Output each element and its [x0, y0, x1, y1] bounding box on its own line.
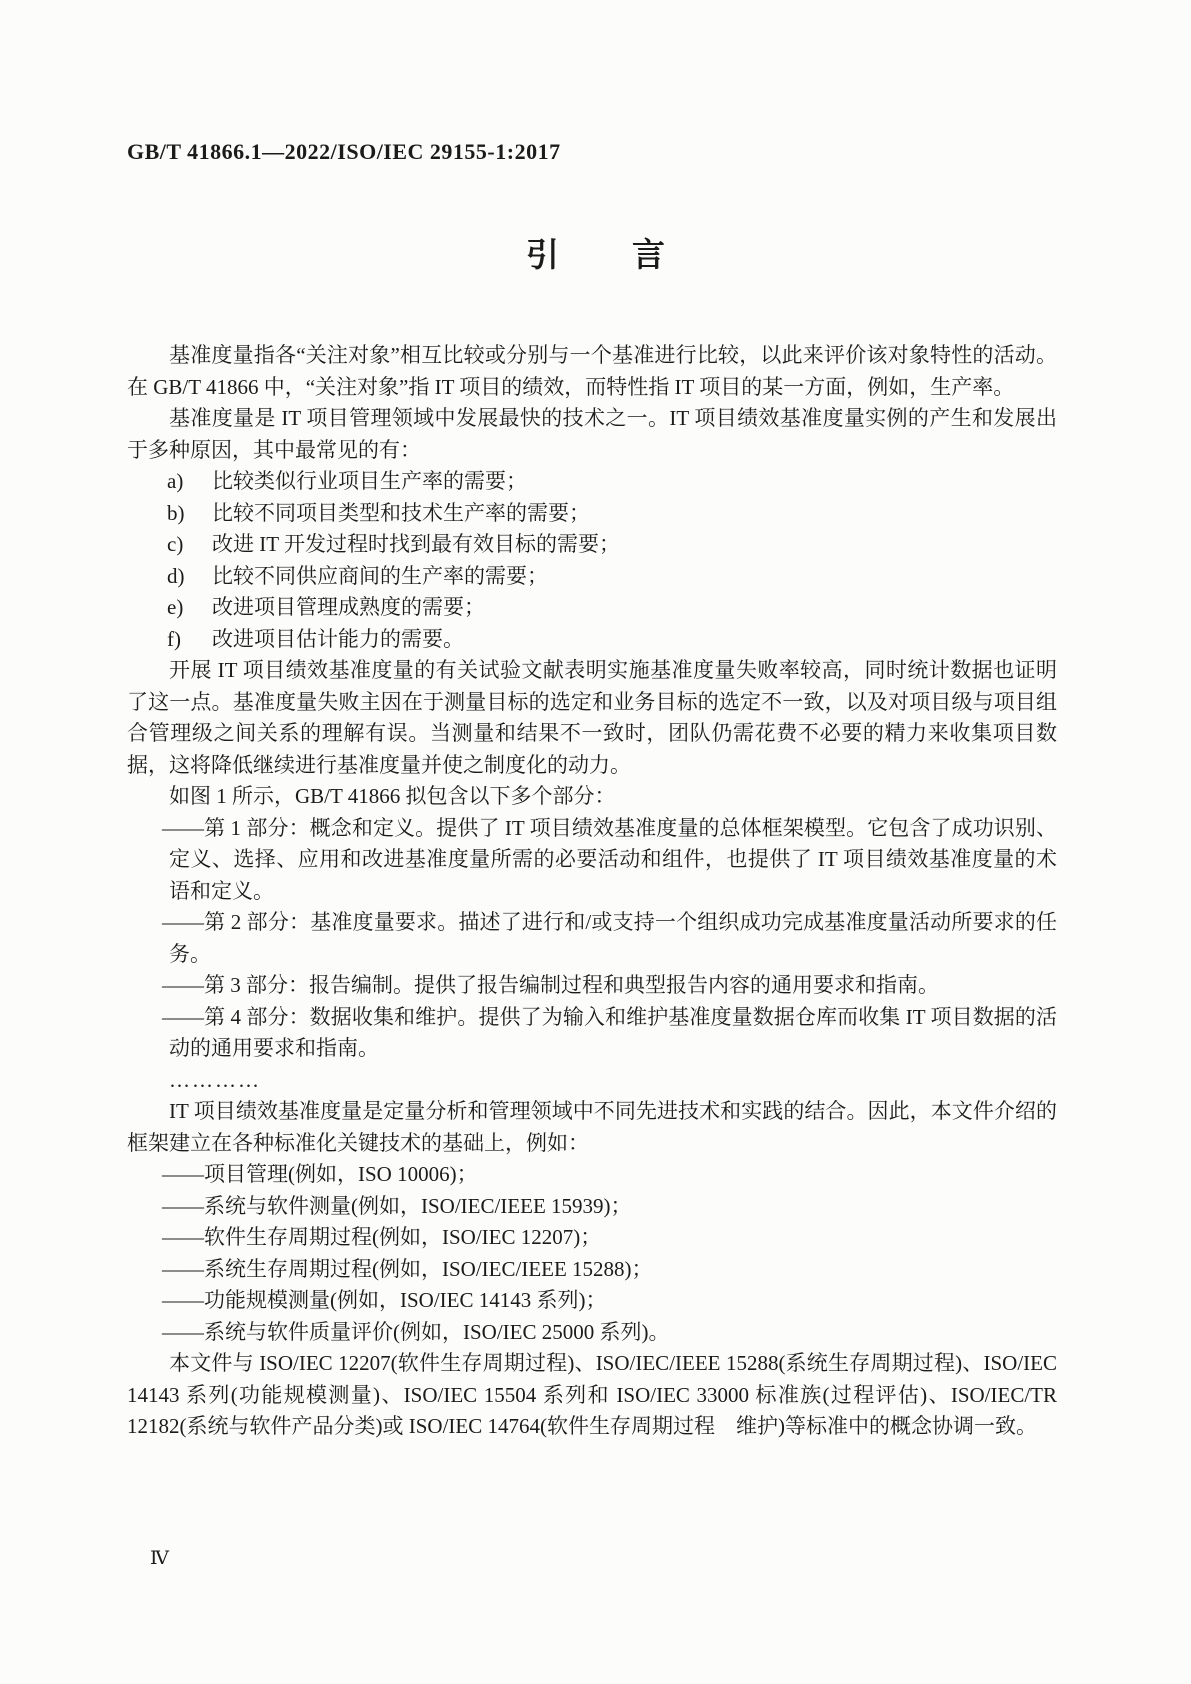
dash-list-item: ——第 1 部分：概念和定义。提供了 IT 项目绩效基准度量的总体框架模型。它包… — [127, 813, 1057, 908]
page-title: 引 言 — [0, 238, 1191, 271]
list-item-text: 比较不同供应商间的生产率的需要； — [212, 564, 548, 588]
list-marker: b) — [167, 498, 185, 530]
list-item: e)改进项目管理成熟度的需要； — [127, 592, 1057, 624]
page-number: Ⅳ — [150, 1547, 169, 1570]
dash-list-item: ——系统生存周期过程(例如，ISO/IEC/IEEE 15288)； — [127, 1254, 1057, 1286]
ellipsis-line: ………… — [127, 1065, 1057, 1097]
dash-list-item: ——软件生存周期过程(例如，ISO/IEC 12207)； — [127, 1222, 1057, 1254]
list-item-text: 改进项目管理成熟度的需要； — [212, 595, 485, 619]
standard-number-header: GB/T 41866.1—2022/ISO/IEC 29155-1:2017 — [127, 139, 561, 165]
dash-list-item: ——系统与软件质量评价(例如，ISO/IEC 25000 系列)。 — [127, 1317, 1057, 1349]
list-marker: a) — [167, 466, 183, 498]
dash-list-item: ——第 3 部分：报告编制。提供了报告编制过程和典型报告内容的通用要求和指南。 — [127, 970, 1057, 1002]
paragraph: IT 项目绩效基准度量是定量分析和管理领域中不同先进技术和实践的结合。因此，本文… — [127, 1096, 1057, 1159]
list-item: c)改进 IT 开发过程时找到最有效目标的需要； — [127, 529, 1057, 561]
list-item-text: 比较类似行业项目生产率的需要； — [212, 469, 527, 493]
paragraph: 如图 1 所示，GB/T 41866 拟包含以下多个部分： — [127, 781, 1057, 813]
dash-list-item: ——项目管理(例如，ISO 10006)； — [127, 1159, 1057, 1191]
list-item-text: 比较不同项目类型和技术生产率的需要； — [212, 501, 590, 525]
list-item: f)改进项目估计能力的需要。 — [127, 624, 1057, 656]
dash-list-item: ——第 4 部分：数据收集和维护。提供了为输入和维护基准度量数据仓库而收集 IT… — [127, 1002, 1057, 1065]
list-item-text: 改进项目估计能力的需要。 — [212, 627, 464, 651]
paragraph: 开展 IT 项目绩效基准度量的有关试验文献表明实施基准度量失败率较高，同时统计数… — [127, 655, 1057, 781]
page-title-char-2: 言 — [632, 238, 665, 271]
paragraph: 本文件与 ISO/IEC 12207(软件生存周期过程)、ISO/IEC/IEE… — [127, 1348, 1057, 1443]
list-item-text: 改进 IT 开发过程时找到最有效目标的需要； — [212, 532, 620, 556]
page-title-char-1: 引 — [526, 238, 559, 271]
list-item: d)比较不同供应商间的生产率的需要； — [127, 561, 1057, 593]
list-item: a)比较类似行业项目生产率的需要； — [127, 466, 1057, 498]
paragraph: 基准度量是 IT 项目管理领域中发展最快的技术之一。IT 项目绩效基准度量实例的… — [127, 403, 1057, 466]
dash-list-item: ——系统与软件测量(例如，ISO/IEC/IEEE 15939)； — [127, 1191, 1057, 1223]
paragraph: 基准度量指各“关注对象”相互比较或分别与一个基准进行比较，以此来评价该对象特性的… — [127, 340, 1057, 403]
document-body: 基准度量指各“关注对象”相互比较或分别与一个基准进行比较，以此来评价该对象特性的… — [127, 340, 1057, 1443]
list-marker: f) — [167, 624, 181, 656]
list-marker: e) — [167, 592, 183, 624]
list-marker: d) — [167, 561, 185, 593]
list-marker: c) — [167, 529, 183, 561]
dash-list-item: ——功能规模测量(例如，ISO/IEC 14143 系列)； — [127, 1285, 1057, 1317]
dash-list-item: ——第 2 部分：基准度量要求。描述了进行和/或支持一个组织成功完成基准度量活动… — [127, 907, 1057, 970]
list-item: b)比较不同项目类型和技术生产率的需要； — [127, 498, 1057, 530]
